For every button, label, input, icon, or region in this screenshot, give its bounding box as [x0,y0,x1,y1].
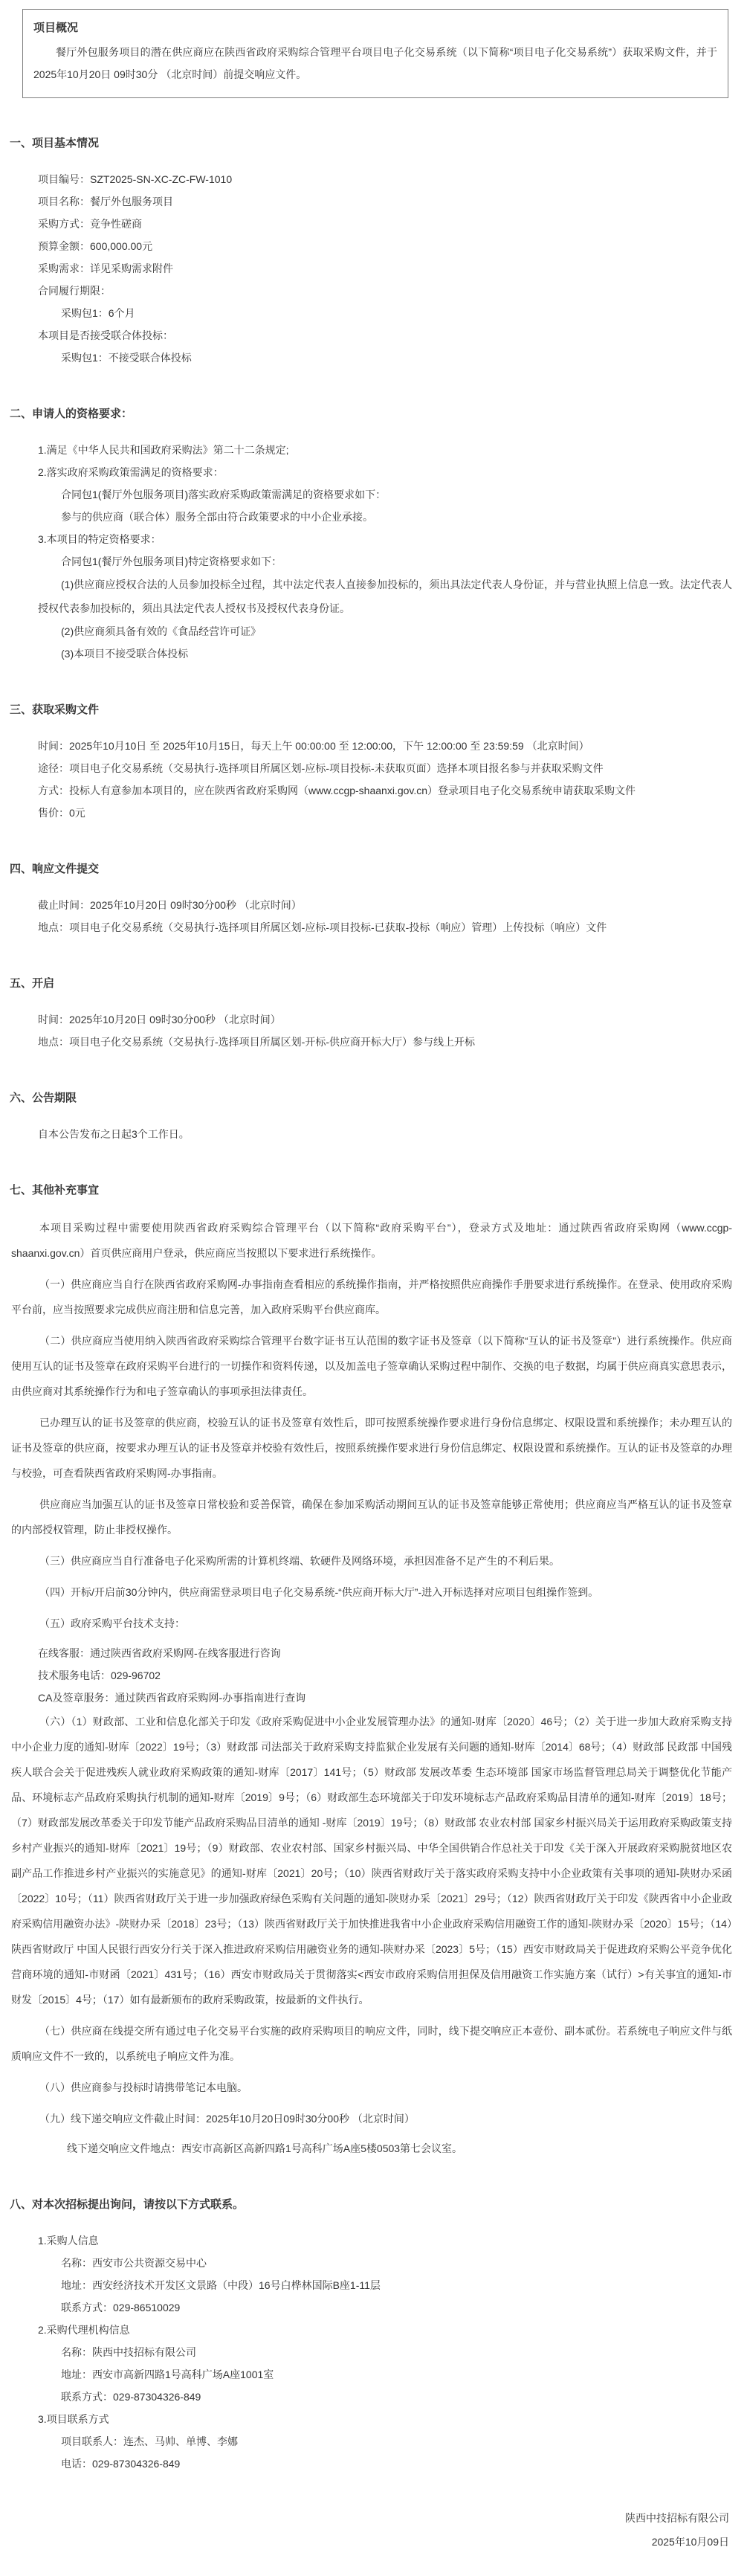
paragraph: 地址：西安市高新四路1号高科广场A座1001室 [61,2363,732,2386]
paragraph: 名称：西安市公共资源交易中心 [61,2252,732,2274]
section-heading: 二、申请人的资格要求： [10,403,732,425]
paragraph: 截止时间：2025年10月20日 09时30分00秒 （北京时间） [38,894,732,916]
paragraph: 项目名称：餐厅外包服务项目 [38,190,732,213]
section: 三、获取采购文件时间：2025年10月10日 至 2025年10月15日，每天上… [10,699,732,824]
section: 六、公告期限自本公告发布之日起3个工作日。 [10,1087,732,1145]
paragraph: 合同包1(餐厅外包服务项目)落实政府采购政策需满足的资格要求如下： [61,483,732,506]
paragraph: (1)供应商应授权合法的人员参加投标全过程，其中法定代表人直接参加投标的，须出具… [38,573,732,620]
section-heading: 七、其他补充事宜 [10,1179,732,1202]
paragraph: 名称：陕西中技招标有限公司 [61,2341,732,2363]
paragraph: 时间：2025年10月10日 至 2025年10月15日，每天上午 00:00:… [38,735,732,757]
paragraph: 售价：0元 [38,802,732,824]
announcement-page: 项目概况 餐厅外包服务项目的潜在供应商应在陕西省政府采购综合管理平台项目电子化交… [0,0,747,2576]
paragraph: (2)供应商须具备有效的《食品经营许可证》 [61,620,732,643]
paragraph: 途径：项目电子化交易系统（交易执行-选择项目所属区划-应标-项目投标-未获取页面… [38,757,732,779]
paragraph: （八）供应商参与投标时请携带笔记本电脑。 [11,2075,732,2100]
section-heading: 三、获取采购文件 [10,699,732,721]
paragraph: （七）供应商在线提交所有通过电子化交易平台实施的政府采购项目的响应文件，同时，线… [11,2018,732,2069]
overview-title: 项目概况 [33,19,717,38]
paragraph: 地点：项目电子化交易系统（交易执行-选择项目所属区划-开标-供应商开标大厅）参与… [38,1031,732,1053]
paragraph: 预算金额：600,000.00元 [38,235,732,257]
paragraph: （一）供应商应当自行在陕西省政府采购网-办事指南查看相应的系统操作指南，并严格按… [11,1272,732,1322]
paragraph: 本项目采购过程中需要使用陕西省政府采购综合管理平台（以下简称“政府采购平台”），… [11,1215,732,1266]
paragraph: 项目联系人：连杰、马帅、单博、李娜 [61,2430,732,2453]
paragraph: 技术服务电话：029-96702 [38,1664,732,1687]
paragraph: 3.本项目的特定资格要求： [38,528,732,550]
section: 二、申请人的资格要求：1.满足《中华人民共和国政府采购法》第二十二条规定;2.落… [10,403,732,665]
section-heading: 五、开启 [10,973,732,995]
paragraph: CA及签章服务：通过陕西省政府采购网-办事指南进行查询 [38,1687,732,1709]
section: 七、其他补充事宜本项目采购过程中需要使用陕西省政府采购综合管理平台（以下简称“政… [10,1179,732,2160]
section-heading: 六、公告期限 [10,1087,732,1110]
paragraph: 在线客服：通过陕西省政府采购网-在线客服进行咨询 [38,1642,732,1664]
paragraph: 供应商应当加强互认的证书及签章日常校验和妥善保管，确保在参加采购活动期间互认的证… [11,1492,732,1542]
paragraph: 本项目是否接受联合体投标： [38,324,732,347]
footer: 陕西中技招标有限公司 2025年10月09日 [10,2506,732,2554]
paragraph: 已办理互认的证书及签章的供应商，校验互认的证书及签章有效性后，即可按照系统操作要… [11,1410,732,1486]
section: 五、开启时间：2025年10月20日 09时30分00秒 （北京时间）地点：项目… [10,973,732,1053]
section-heading: 八、对本次招标提出询问，请按以下方式联系。 [10,2194,732,2216]
section: 一、项目基本情况项目编号：SZT2025-SN-XC-ZC-FW-1010项目名… [10,132,732,369]
sections: 一、项目基本情况项目编号：SZT2025-SN-XC-ZC-FW-1010项目名… [10,132,732,2475]
paragraph: 自本公告发布之日起3个工作日。 [38,1123,732,1145]
paragraph: （六）（1）财政部、工业和信息化部关于印发《政府采购促进中小企业发展管理办法》的… [11,1709,732,2012]
footer-company: 陕西中技招标有限公司 [10,2506,729,2530]
paragraph: 联系方式：029-86510029 [61,2296,732,2319]
paragraph: 合同包1(餐厅外包服务项目)特定资格要求如下： [61,550,732,573]
footer-date: 2025年10月09日 [10,2530,729,2554]
section-heading: 四、响应文件提交 [10,858,732,880]
paragraph: 项目编号：SZT2025-SN-XC-ZC-FW-1010 [38,168,732,190]
paragraph: 采购包1：不接受联合体投标 [61,347,732,369]
paragraph: (3)本项目不接受联合体投标 [61,643,732,665]
paragraph: 合同履行期限： [38,280,732,302]
paragraph: （五）政府采购平台技术支持： [11,1611,732,1636]
paragraph: 地点：项目电子化交易系统（交易执行-选择项目所属区划-应标-项目投标-已获取-投… [38,916,732,938]
paragraph: 采购需求：详见采购需求附件 [38,257,732,280]
paragraph: 2.采购代理机构信息 [38,2319,732,2341]
overview-body: 餐厅外包服务项目的潜在供应商应在陕西省政府采购综合管理平台项目电子化交易系统（以… [33,41,717,86]
paragraph: 3.项目联系方式 [38,2408,732,2430]
paragraph: （二）供应商应当使用纳入陕西省政府采购综合管理平台数字证书互认范围的数字证书及签… [11,1328,732,1404]
paragraph: 参与的供应商（联合体）服务全部由符合政策要求的中小企业承接。 [61,506,732,528]
section: 四、响应文件提交截止时间：2025年10月20日 09时30分00秒 （北京时间… [10,858,732,938]
paragraph: 地址：西安经济技术开发区文景路（中段）16号白桦林国际B座1-11层 [61,2274,732,2296]
paragraph: （四）开标/开启前30分钟内，供应商需登录项目电子化交易系统-“供应商开标大厅”… [11,1580,732,1605]
project-overview-box: 项目概况 餐厅外包服务项目的潜在供应商应在陕西省政府采购综合管理平台项目电子化交… [22,9,728,98]
paragraph: 1.采购人信息 [38,2229,732,2252]
section-heading: 一、项目基本情况 [10,132,732,155]
paragraph: 方式：投标人有意参加本项目的，应在陕西省政府采购网（www.ccgp-shaan… [38,779,732,802]
paragraph: 电话：029-87304326-849 [61,2453,732,2475]
paragraph: 采购方式：竞争性磋商 [38,213,732,235]
paragraph: 采购包1：6个月 [61,302,732,324]
paragraph: （三）供应商应当自行准备电子化采购所需的计算机终端、软硬件及网络环境，承担因准备… [11,1548,732,1574]
paragraph: （九）线下递交响应文件截止时间：2025年10月20日09时30分00秒 （北京… [11,2106,732,2131]
section: 八、对本次招标提出询问，请按以下方式联系。1.采购人信息名称：西安市公共资源交易… [10,2194,732,2475]
paragraph: 1.满足《中华人民共和国政府采购法》第二十二条规定; [38,439,732,461]
paragraph: 2.落实政府采购政策需满足的资格要求： [38,461,732,483]
paragraph: 时间：2025年10月20日 09时30分00秒 （北京时间） [38,1008,732,1031]
paragraph: 联系方式：029-87304326-849 [61,2386,732,2408]
paragraph: 线下递交响应文件地点：西安市高新区高新四路1号高科广场A座5楼0503第七会议室… [67,2137,732,2160]
